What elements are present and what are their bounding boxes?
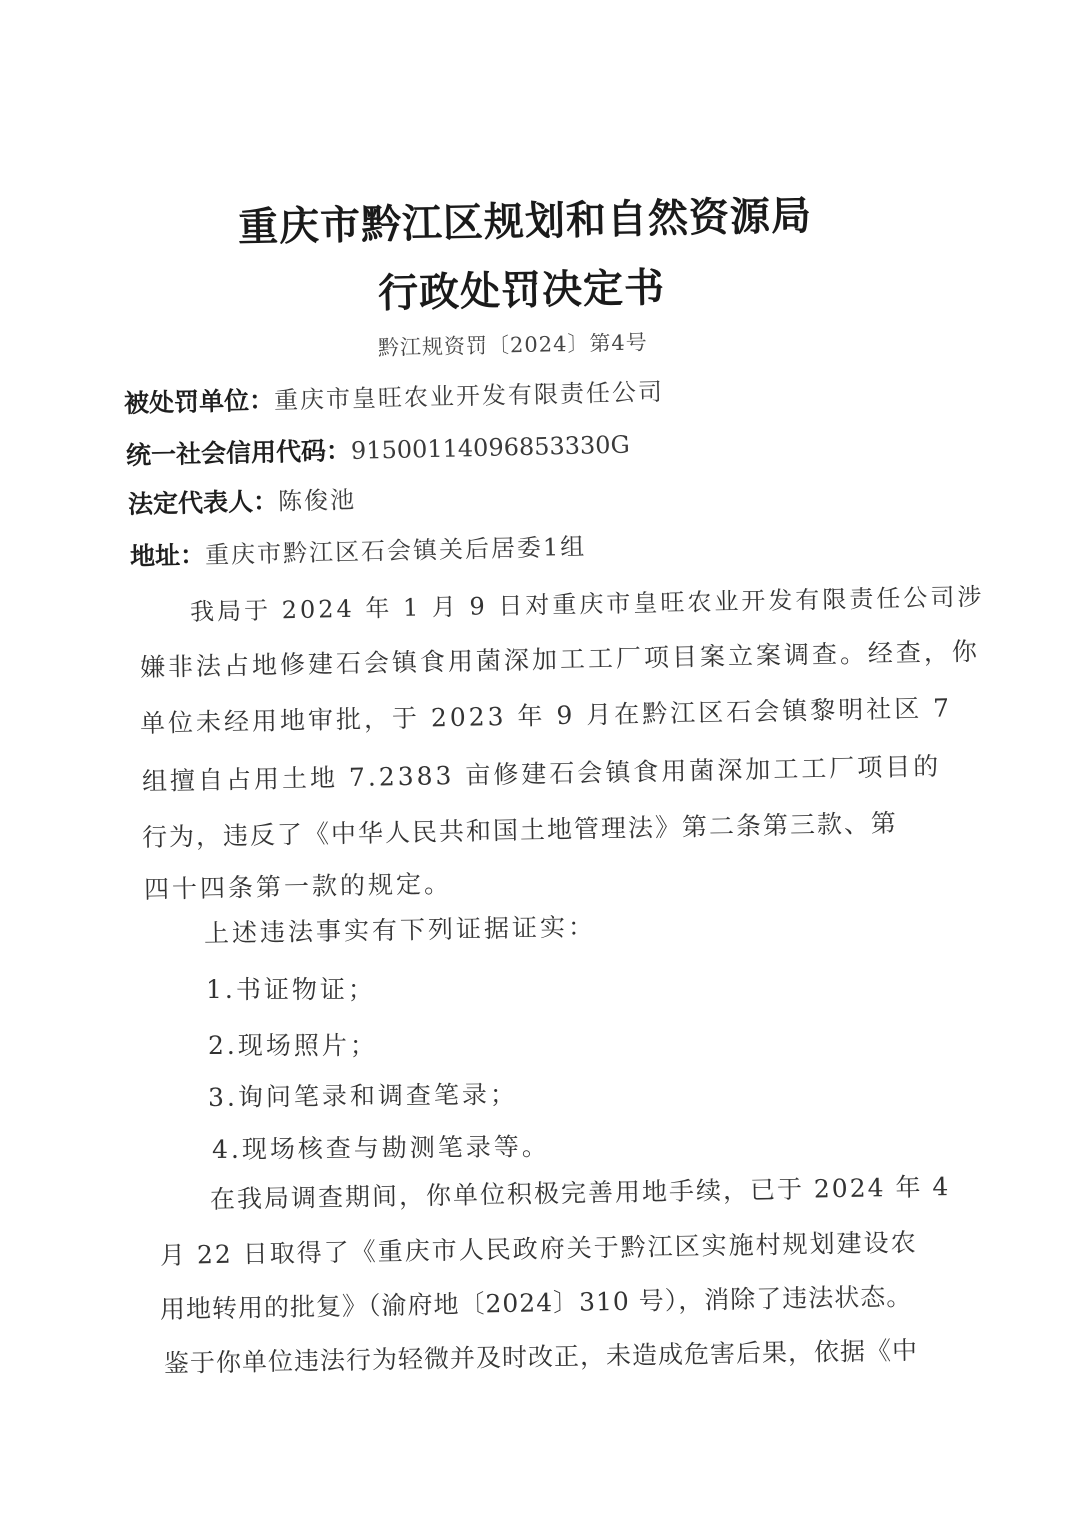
field-label: 法定代表人： [128,487,279,519]
paragraph-1-line: 组擅自占用土地 7.2383 亩修建石会镇食用菌深加工工厂项目的 [142,747,942,798]
paragraph-2-line: 鉴于你单位违法行为轻微并及时改正，未造成危害后果，依据《中 [164,1331,919,1380]
paragraph-1-line: 单位未经用地审批，于 2023 年 9 月在黔江区石会镇黎明社区 7 [140,688,953,740]
document-title-type: 行政处罚决定书 [377,256,665,319]
field-label: 地址： [130,540,206,571]
paragraph-2-line: 月 22 日取得了《重庆市人民政府关于黔江区实施村规划建设农 [160,1223,918,1272]
paragraph-1-line: 行为，违反了《中华人民共和国土地管理法》第二条第三款、第 [142,803,899,854]
field-label: 被处罚单位： [124,386,275,418]
paragraph-2-line: 用地转用的批复》（渝府地〔2024〕310 号），消除了违法状态。 [160,1277,913,1326]
evidence-item: 4.现场核查与勘测笔录等。 [212,1127,550,1166]
evidence-item: 1.书证物证； [206,970,376,1006]
field-penalized-entity: 被处罚单位：重庆市皇旺农业开发有限责任公司 [124,372,665,420]
evidence-item: 3.询问笔录和调查笔录； [208,1075,518,1114]
field-value: 重庆市黔江区石会镇关后居委1组 [205,533,587,570]
field-address: 地址：重庆市黔江区石会镇关后居委1组 [130,527,587,573]
paragraph-2-line: 在我局调查期间，你单位积极完善用地手续，已于 2024 年 4 [210,1167,951,1216]
field-value: 重庆市皇旺农业开发有限责任公司 [274,378,665,415]
field-credit-code: 统一社会信用代码：91500114096853330G [126,425,630,472]
paragraph-1-line: 嫌非法占地修建石会镇食用菌深加工工厂项目案立案调查。经查，你 [140,632,981,684]
paragraph-1-line: 我局于 2024 年 1 月 9 日对重庆市皇旺农业开发有限责任公司涉 [190,577,985,627]
field-value: 陈俊池 [278,486,357,516]
field-legal-representative: 法定代表人：陈俊池 [128,480,357,521]
document-title-agency: 重庆市黔江区规划和自然资源局 [237,184,812,253]
document-page: 重庆市黔江区规划和自然资源局 行政处罚决定书 黔江规资罚〔2024〕第4号 被处… [0,0,1072,1527]
document-number: 黔江规资罚〔2024〕第4号 [378,326,648,362]
field-label: 统一社会信用代码： [126,436,352,470]
evidence-item: 2.现场照片； [208,1026,378,1062]
evidence-intro: 上述违法事实有下列证据证实： [204,907,597,950]
field-value: 91500114096853330G [351,431,630,465]
paragraph-1-line: 四十四条第一款的规定。 [144,864,453,906]
